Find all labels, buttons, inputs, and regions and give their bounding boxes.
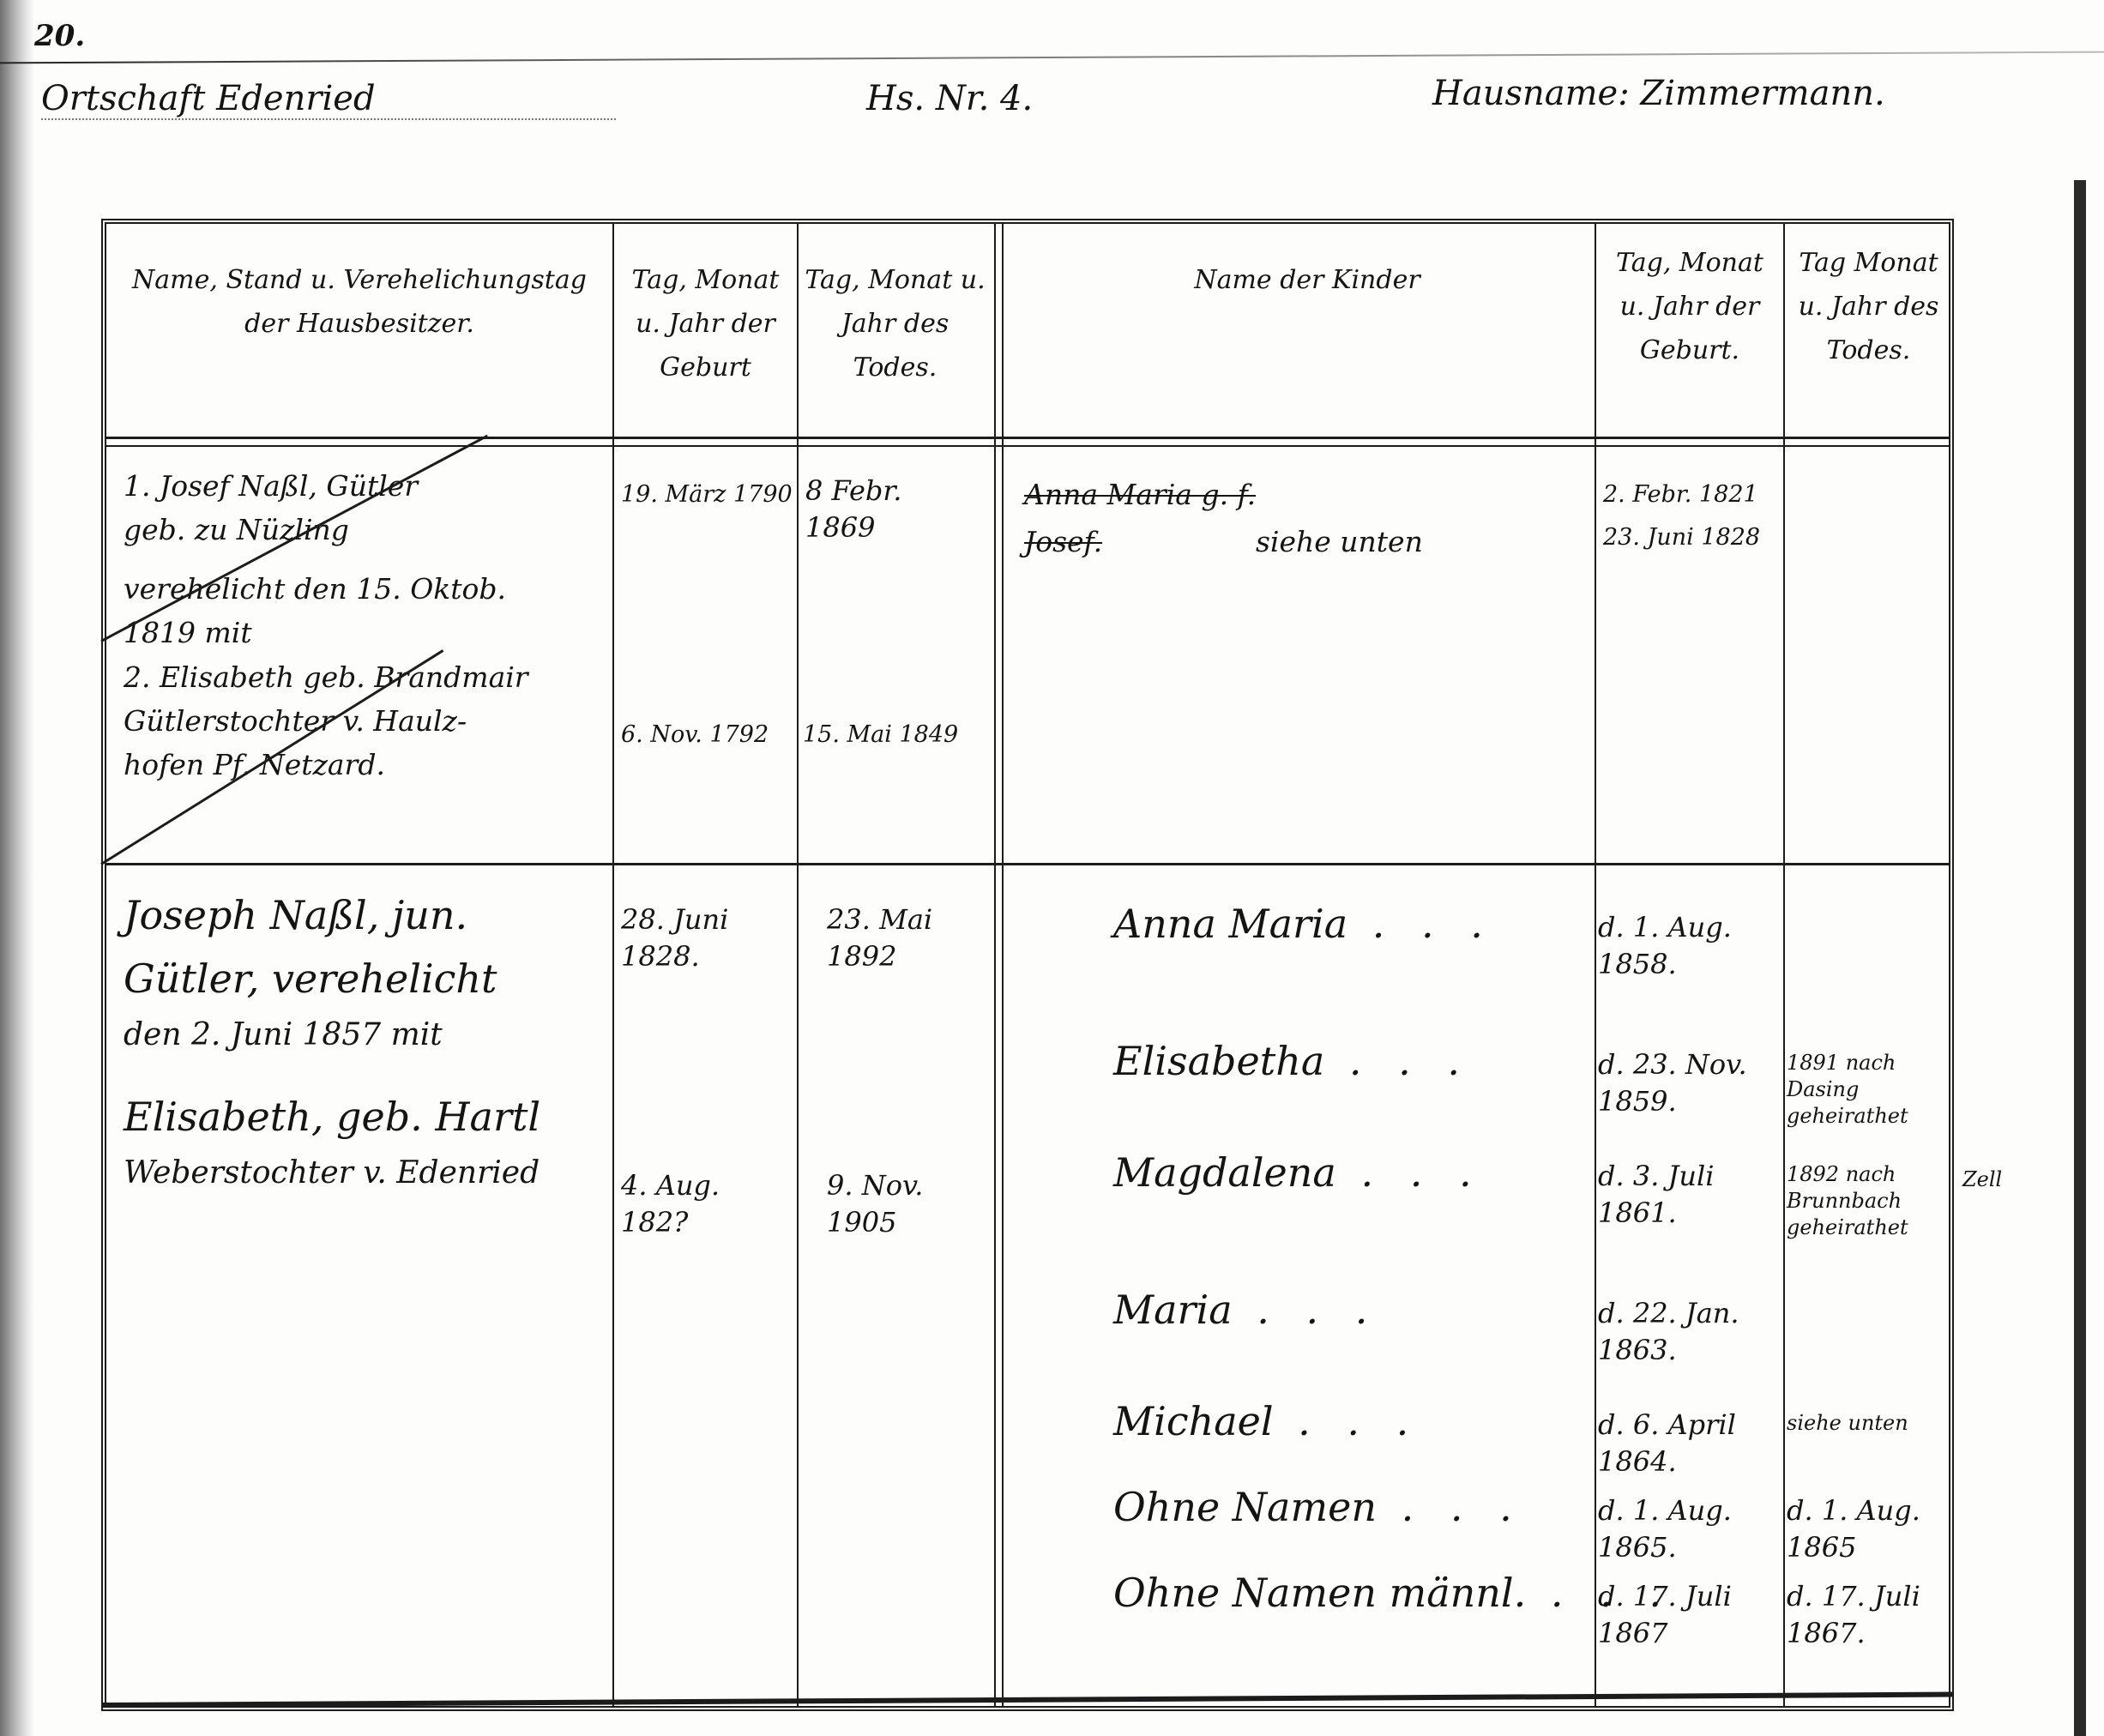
entry-1-wife-death: 15. Mai 1849: [803, 717, 987, 753]
entry-1-husband-birth: 19. März 1790: [621, 477, 793, 513]
entry-2-owner: Joseph Naßl, jun. Gütler, verehelicht de…: [124, 884, 612, 1198]
entry-1-wife-birth: 6. Nov. 1792: [621, 717, 793, 753]
row-divider: [106, 863, 1949, 868]
owner-line: 1819 mit: [124, 611, 604, 654]
owner-line: hofen Pf. Netzard.: [124, 743, 604, 787]
owner-line: Gütler, verehelicht: [124, 948, 612, 1011]
place-heading: Ortschaft Edenried: [41, 79, 616, 120]
entry-1-husband-death: 8 Febr. 1869: [805, 473, 943, 546]
entry-1-child-1-name: Anna Maria g. f.: [1024, 473, 1316, 516]
child-birth-date: d. 22. Jan. 1863.: [1598, 1295, 1782, 1369]
dot-leader: . . .: [1274, 1398, 1421, 1444]
child-remark: siehe unten: [1787, 1410, 1950, 1437]
dot-leader: . . .: [1377, 1484, 1524, 1530]
margin-note: Zell: [1962, 1166, 2002, 1193]
child-birth-date: d. 6. April 1864.: [1598, 1407, 1782, 1480]
child-birth-date: d. 23. Nov. 1859.: [1598, 1046, 1782, 1120]
owner-line: 2. Elisabeth geb. Brandmair: [124, 655, 604, 699]
entry-2-husband-birth: 28. Juni 1828.: [621, 901, 788, 975]
entry-1-child-2-birth: 23. Juni 1828: [1603, 520, 1783, 556]
header-owner-birth: Tag, Monat u. Jahr der Geburt: [618, 258, 793, 389]
entry-1-child-1-birth: 2. Febr. 1821: [1603, 477, 1783, 513]
owner-line: Gütlerstochter v. Haulz-: [124, 699, 604, 743]
child-birth-date: d. 1. Aug. 1858.: [1598, 909, 1782, 983]
header-owner: Name, Stand u. Verehelichungstag der Hau…: [124, 258, 595, 346]
top-rule: [0, 51, 2104, 64]
header-child-birth: Tag, Monat u. Jahr der Geburt.: [1601, 241, 1779, 372]
scan-edge-right: [2074, 180, 2086, 1736]
child-birth-date: d. 1. Aug. 1865.: [1598, 1492, 1782, 1566]
entry-2-wife-birth: 4. Aug. 182?: [621, 1167, 788, 1241]
owner-line: Joseph Naßl, jun.: [124, 884, 612, 948]
child-name: Michael . . .: [1113, 1398, 1420, 1444]
child-name: Elisabetha . . .: [1113, 1038, 1472, 1084]
header-owner-death: Tag, Monat u. Jahr des Todes.: [803, 258, 987, 389]
child-death-date: d. 17. Juli 1867.: [1787, 1578, 1950, 1652]
header-divider: [106, 437, 1949, 447]
child-remark: 1892 nach Brunnbach geheirathet: [1787, 1161, 1950, 1242]
owner-line: den 2. Juni 1857 mit: [124, 1010, 612, 1060]
child-name: Ohne Namen männl. . . .: [1113, 1570, 1673, 1616]
header-children: Name der Kinder: [1179, 258, 1436, 302]
child-name: Anna Maria g. f.: [1024, 478, 1256, 511]
dot-leader: . . .: [1233, 1287, 1380, 1333]
house-number: Hs. Nr. 4.: [866, 79, 1033, 118]
page-number: 20.: [34, 19, 85, 53]
entry-2-wife-death: 9. Nov. 1905: [827, 1167, 956, 1241]
header-child-death: Tag Monat u. Jahr des Todes.: [1789, 241, 1948, 372]
owner-line: Elisabeth, geb. Hartl: [124, 1086, 612, 1149]
child-name: Ohne Namen . . .: [1113, 1484, 1524, 1530]
child-name: Maria . . .: [1113, 1287, 1379, 1333]
entry-1-child-2-remark: siehe unten: [1256, 520, 1513, 564]
owner-line: geb. zu Nüzling: [124, 508, 604, 552]
child-name: Anna Maria . . .: [1113, 901, 1495, 947]
owner-line: Weberstochter v. Edenried: [124, 1148, 612, 1198]
child-name: Josef.: [1024, 525, 1102, 558]
house-name: Hausname: Zimmermann.: [1432, 74, 1885, 113]
child-death-date: d. 1. Aug. 1865: [1787, 1492, 1950, 1566]
dot-leader: . . .: [1336, 1149, 1484, 1196]
entry-1-owner: 1. Josef Naßl, Gütler geb. zu Nüzling ve…: [124, 464, 604, 787]
dot-leader: . . .: [1324, 1038, 1472, 1084]
child-remark: 1891 nach Dasing geheirathet: [1787, 1050, 1950, 1130]
entry-1-child-2-name: Josef.: [1024, 520, 1196, 564]
child-birth-date: d. 3. Juli 1861.: [1598, 1158, 1782, 1232]
entry-2-husband-death: 23. Mai 1892: [827, 901, 956, 975]
dot-leader: . . .: [1347, 901, 1495, 947]
child-name: Magdalena . . .: [1113, 1149, 1484, 1196]
child-birth-date: d. 17. Juli 1867: [1598, 1578, 1782, 1652]
scan-edge-left: [0, 0, 34, 1736]
